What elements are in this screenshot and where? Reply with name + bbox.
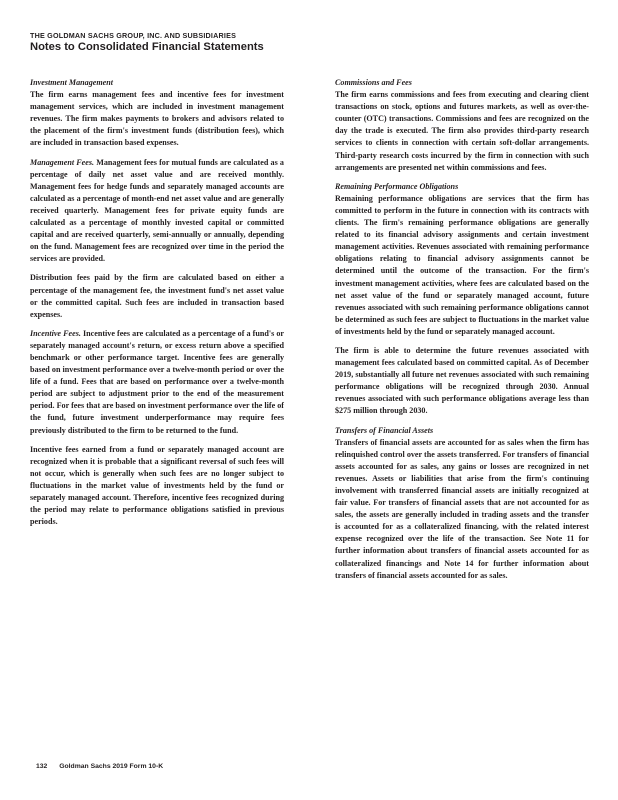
section-remaining-performance-obligations: Remaining Performance Obligations Remain… xyxy=(335,181,589,418)
paragraph: The firm earns commissions and fees from… xyxy=(335,89,589,174)
right-column: Commissions and Fees The firm earns comm… xyxy=(335,77,589,589)
left-column: Investment Management The firm earns man… xyxy=(30,77,284,535)
paragraph-incentive-recognition: Incentive fees earned from a fund or sep… xyxy=(30,444,284,529)
publication-name: Goldman Sachs 2019 Form 10-K xyxy=(59,763,163,770)
section-commissions-and-fees: Commissions and Fees The firm earns comm… xyxy=(335,77,589,174)
paragraph-lead: Incentive Fees. xyxy=(30,329,81,338)
paragraph: The firm is able to determine the future… xyxy=(335,345,589,418)
paragraph-text: Incentive fees are calculated as a perce… xyxy=(30,329,284,435)
page-header: The Goldman Sachs Group, Inc. and Subsid… xyxy=(30,31,430,54)
paragraph-text: Management fees for mutual funds are cal… xyxy=(30,158,284,264)
paragraph-text: Distribution fees paid by the firm are c… xyxy=(30,273,284,318)
paragraph: The firm earns management fees and incen… xyxy=(30,89,284,149)
section-heading: Remaining Performance Obligations xyxy=(335,181,589,193)
paragraph: Transfers of financial assets are accoun… xyxy=(335,437,589,582)
section-investment-management: Investment Management The firm earns man… xyxy=(30,77,284,150)
paragraph-incentive-fees: Incentive Fees. Incentive fees are calcu… xyxy=(30,328,284,437)
section-transfers-of-financial-assets: Transfers of Financial Assets Transfers … xyxy=(335,425,589,582)
section-heading: Investment Management xyxy=(30,77,284,89)
paragraph-text: Incentive fees earned from a fund or sep… xyxy=(30,445,284,527)
section-heading: Transfers of Financial Assets xyxy=(335,425,589,437)
paragraph-management-fees: Management Fees. Management fees for mut… xyxy=(30,157,284,266)
paragraph-distribution-fees: Distribution fees paid by the firm are c… xyxy=(30,272,284,320)
page-title: Notes to Consolidated Financial Statemen… xyxy=(30,41,430,54)
paragraph-lead: Management Fees. xyxy=(30,158,94,167)
section-heading: Commissions and Fees xyxy=(335,77,589,89)
page-footer: 132 Goldman Sachs 2019 Form 10-K xyxy=(36,763,163,770)
page-number: 132 xyxy=(36,763,47,770)
company-name: The Goldman Sachs Group, Inc. and Subsid… xyxy=(30,31,430,41)
paragraph: Remaining performance obligations are se… xyxy=(335,193,589,338)
